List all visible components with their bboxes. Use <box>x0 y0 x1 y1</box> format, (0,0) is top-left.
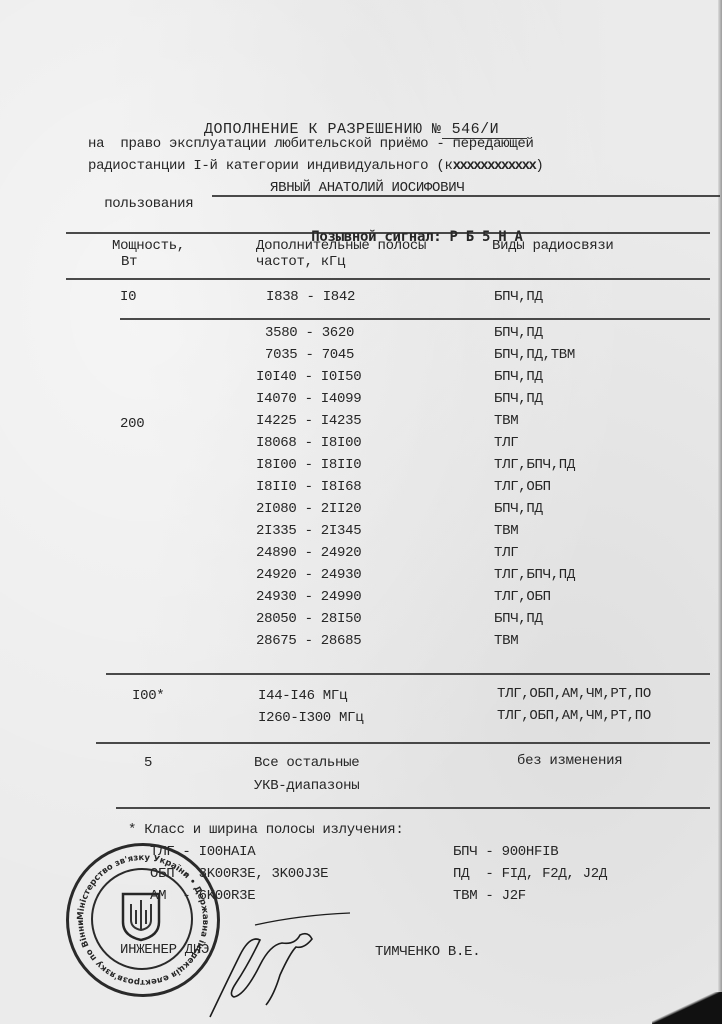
band-range: I260-I300 МГц <box>258 710 363 726</box>
intro-line-1: на право эксплуатации любительской приём… <box>88 136 534 152</box>
holder-name: ЯВНЫЙ АНАТОЛИЙ ИОСИФОВИЧ <box>270 180 464 196</box>
power-value: 200 <box>120 416 144 432</box>
band-range: 24920 - 24930 <box>256 567 361 583</box>
band-range: I8I00 - I8II0 <box>256 457 361 473</box>
group-rule <box>106 673 710 675</box>
group-rule <box>120 318 710 320</box>
modes-value: БПЧ,ПД <box>494 289 543 305</box>
modes-value: ТЛГ,ОБП,АМ,ЧМ,РТ,ПО <box>497 686 651 702</box>
signer-name: ТИМЧЕНКО В.Е. <box>375 944 480 960</box>
modes-value: БПЧ,ПД <box>494 501 543 517</box>
header-power: Мощность, <box>112 238 185 254</box>
intro-line-2-text: радиостанции I-й категории индивидуально… <box>88 158 453 174</box>
modes-value: БПЧ,ПД <box>494 611 543 627</box>
header-bottom-rule <box>66 278 710 280</box>
power-value: 5 <box>144 755 152 771</box>
modes-value: БПЧ,ПД <box>494 325 543 341</box>
band-range: I8068 - I8I00 <box>256 435 361 451</box>
holder-name-underline <box>212 195 720 197</box>
band-range: I8II0 - I8I68 <box>256 479 361 495</box>
modes-value: ТВМ <box>494 633 518 649</box>
band-range: 24930 - 24990 <box>256 589 361 605</box>
band-range: 24890 - 24920 <box>256 545 361 561</box>
emission-right-item: БПЧ - 900HFIB <box>453 844 558 860</box>
official-stamp: Міністерство зв'язку України • Державна … <box>66 843 220 997</box>
band-range: Все остальные <box>254 755 359 771</box>
group-rule <box>96 742 710 744</box>
band-range: I4070 - I4099 <box>256 391 361 407</box>
modes-value: ТЛГ,ОБП,АМ,ЧМ,РТ,ПО <box>497 708 651 724</box>
modes-value: БПЧ,ПД,ТВМ <box>494 347 575 363</box>
intro-line-2-close: ) <box>535 158 543 174</box>
modes-value: ТЛГ,ОБП <box>494 479 551 495</box>
emission-right-item: ТВМ - J2F <box>453 888 526 904</box>
table-top-rule <box>66 232 710 234</box>
modes-value: ТЛГ,БПЧ,ПД <box>494 457 575 473</box>
band-range: I4225 - I4235 <box>256 413 361 429</box>
paper-edge <box>718 0 722 1024</box>
header-power-line1: Мощность, <box>112 238 185 254</box>
usage-label: пользования <box>104 196 193 212</box>
modes-value: ТЛГ,ОБП <box>494 589 551 605</box>
modes-value: ТЛГ <box>494 435 518 451</box>
modes-value: без изменения <box>517 753 622 769</box>
modes-value: БПЧ,ПД <box>494 391 543 407</box>
band-range: 3580 - 3620 <box>265 325 354 341</box>
header-modes: Виды радиосвязи <box>492 238 614 254</box>
header-power-unit: Вт <box>121 254 137 270</box>
intro-line-3: пользования <box>88 180 193 212</box>
header-bands: Дополнительные полосы <box>256 238 426 254</box>
emission-heading: * Класс и ширина полосы излучения: <box>128 822 403 838</box>
band-range: 28050 - 28I50 <box>256 611 361 627</box>
handwritten-signature <box>200 905 360 1020</box>
emission-right-item: ПД - FIД, F2Д, J2Д <box>453 866 607 882</box>
band-range: 2I335 - 2I345 <box>256 523 361 539</box>
modes-value: БПЧ,ПД <box>494 369 543 385</box>
modes-value: ТВМ <box>494 413 518 429</box>
band-range: I838 - I842 <box>266 289 355 305</box>
power-value: I0 <box>120 289 136 305</box>
power-value: I00* <box>132 688 164 704</box>
struck-out-text: xxxxxxxxxxxx <box>453 158 536 174</box>
band-range: 28675 - 28685 <box>256 633 361 649</box>
band-range: I0I40 - I0I50 <box>256 369 361 385</box>
folded-corner <box>652 992 722 1024</box>
modes-value: ТВМ <box>494 523 518 539</box>
table-bottom-rule <box>116 807 710 809</box>
intro-line-2: радиостанции I-й категории индивидуально… <box>88 158 544 174</box>
band-range: I44-I46 МГц <box>258 688 347 704</box>
trident-emblem-icon <box>119 890 163 942</box>
band-range: 2I080 - 2II20 <box>256 501 361 517</box>
header-bands-unit: частот, кГц <box>256 254 345 270</box>
band-range: 7035 - 7045 <box>265 347 354 363</box>
modes-value: ТЛГ,БПЧ,ПД <box>494 567 575 583</box>
modes-value: ТЛГ <box>494 545 518 561</box>
band-range: УКВ-диапазоны <box>254 778 359 794</box>
document-title: ДОПОЛНЕНИЕ К РАЗРЕШЕНИЮ №546/И <box>185 106 527 138</box>
